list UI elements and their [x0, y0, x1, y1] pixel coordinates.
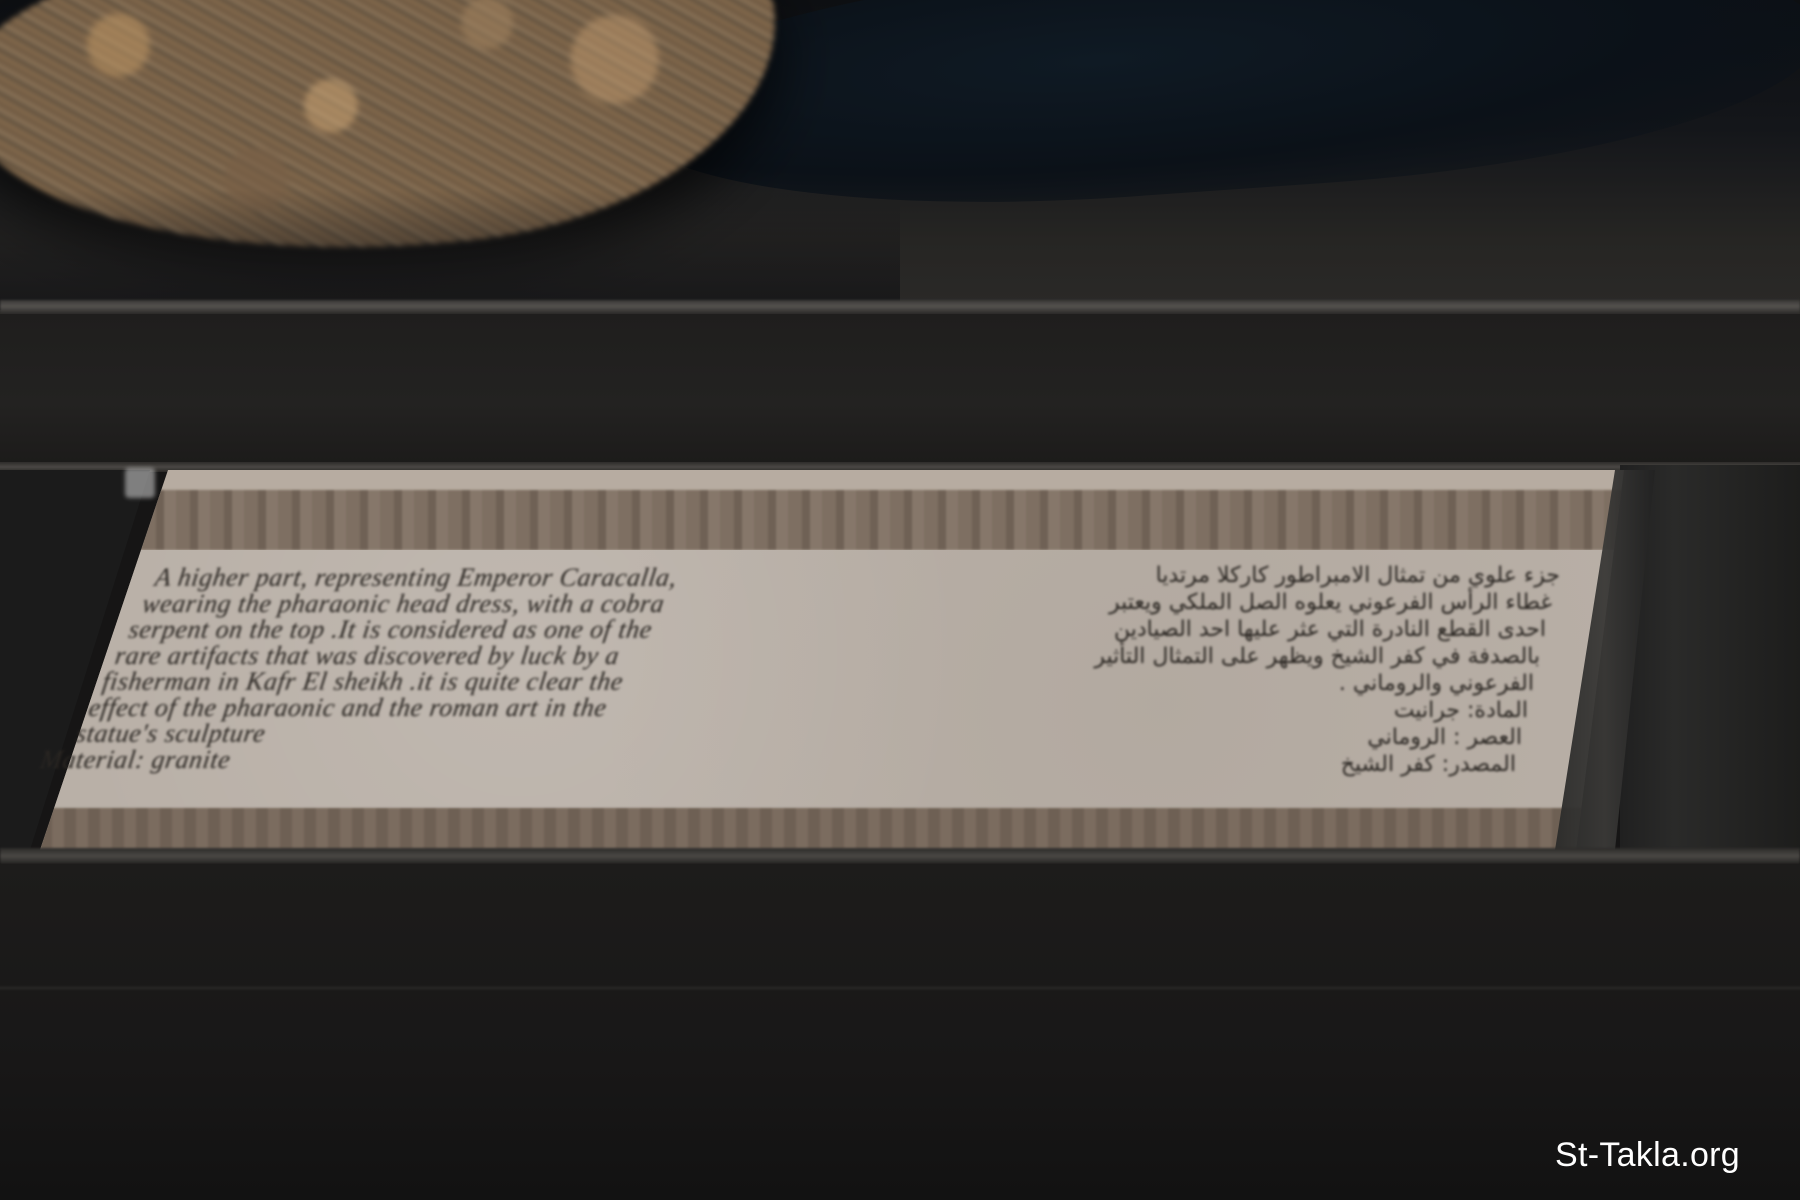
- arabic-line: غطاء الرأس الفرعوني يعلوه الصل الملكي وي…: [960, 589, 1560, 616]
- arabic-material-line: المادة: جرانيت: [960, 697, 1560, 724]
- arabic-line: الفرعوني والروماني .: [960, 670, 1560, 697]
- lower-shelf-edge: [0, 848, 1800, 864]
- museum-display-scene: A higher part, representing Emperor Cara…: [0, 0, 1800, 1200]
- label-top-band: [40, 490, 1640, 550]
- arabic-line: بالصدفة في كفر الشيخ ويظهر على التمثال ا…: [960, 643, 1560, 670]
- english-line: rare artifacts that was discovered by lu…: [47, 643, 811, 669]
- english-line: statue's sculpture: [36, 721, 800, 747]
- label-bottom-band: [40, 808, 1640, 850]
- upper-shelf-face: [0, 314, 1800, 464]
- lower-shelf-line: [0, 985, 1800, 991]
- label-text-arabic: جزء علوي من تمثال الامبراطور كاركلا مرتد…: [960, 562, 1560, 778]
- english-material-line: Material: granite: [33, 747, 797, 773]
- english-line: A higher part, representing Emperor Cara…: [58, 565, 822, 591]
- arabic-era-line: العصر : الروماني: [960, 724, 1560, 751]
- watermark: St-Takla.org: [1555, 1136, 1740, 1175]
- arabic-line: جزء علوي من تمثال الامبراطور كاركلا مرتد…: [960, 562, 1560, 589]
- acrylic-glint: [125, 468, 155, 498]
- english-line: effect of the pharaonic and the roman ar…: [40, 695, 804, 721]
- arabic-source-line: المصدر: كفر الشيخ: [960, 751, 1560, 778]
- lower-shelf-face: [0, 864, 1800, 1200]
- arabic-line: احدى القطع النادرة التي عثر عليها احد ال…: [960, 616, 1560, 643]
- label-text-english: A higher part, representing Emperor Cara…: [33, 565, 822, 773]
- english-line: wearing the pharaonic head dress, with a…: [55, 591, 819, 617]
- english-line: serpent on the top .It is considered as …: [51, 617, 815, 643]
- english-line: fisherman in Kafr El sheikh .it is quite…: [44, 669, 808, 695]
- upper-shelf-edge: [0, 300, 1800, 314]
- statue-base-shadow: [0, 190, 900, 310]
